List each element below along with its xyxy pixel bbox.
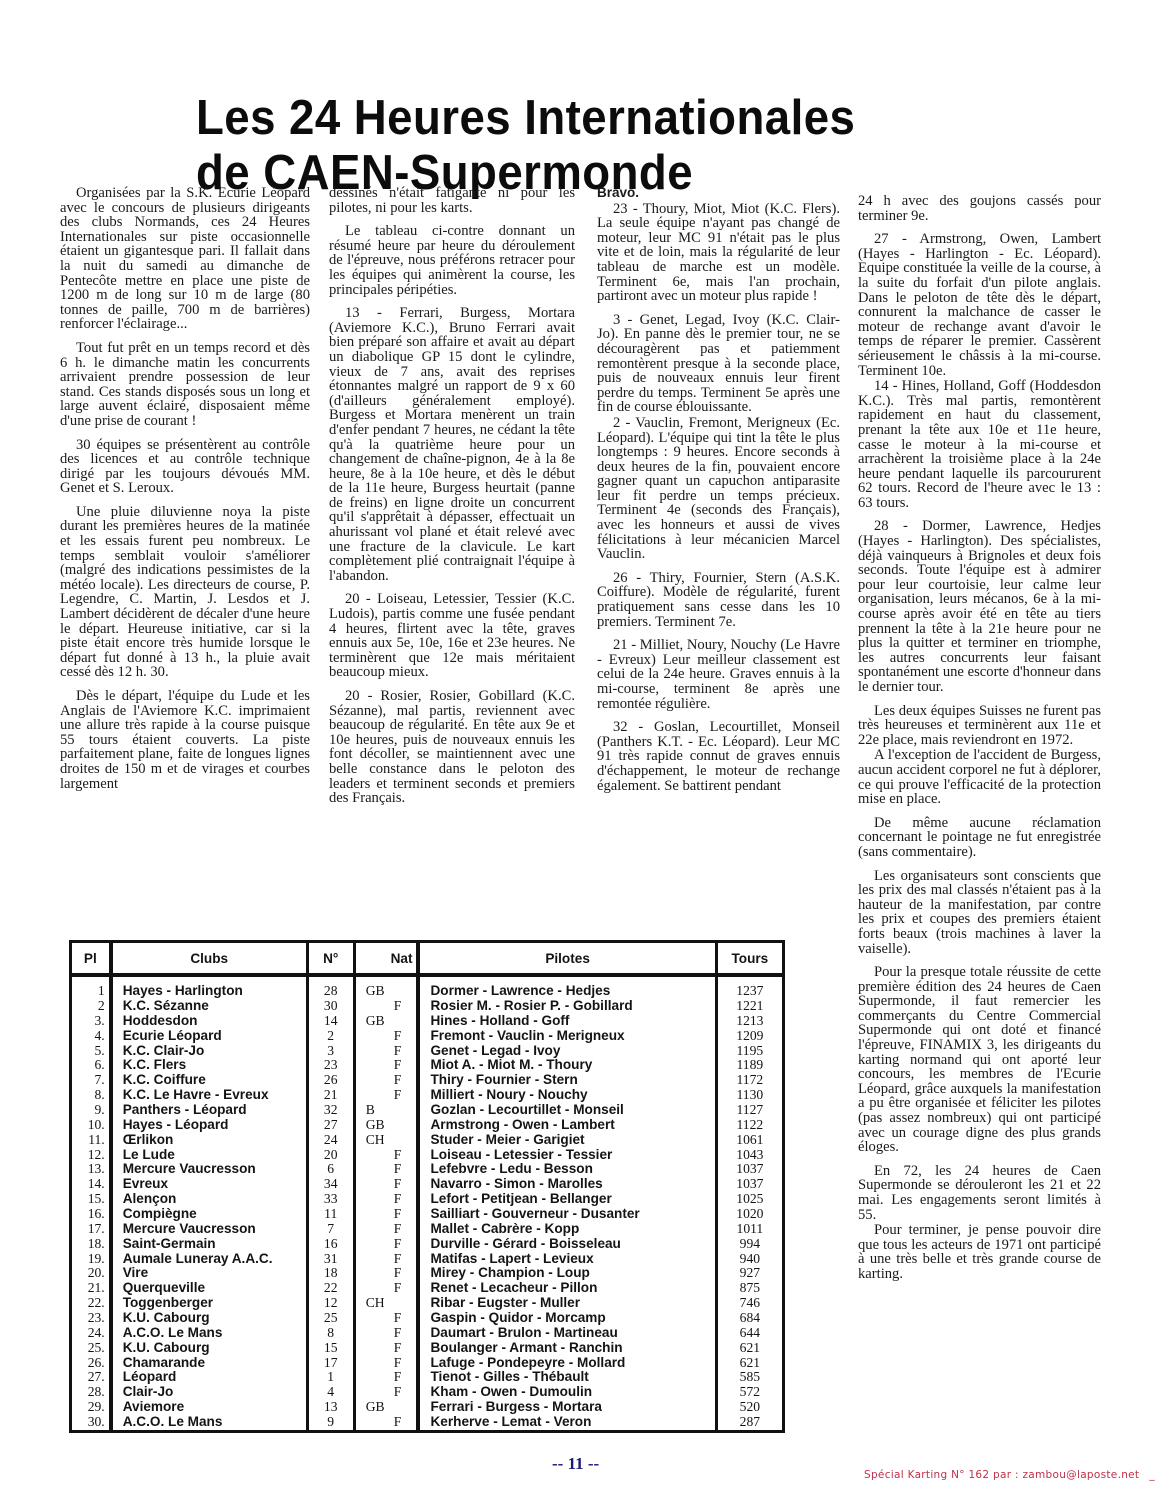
cell-pilotes: Miot A. - Miot M. - Thoury xyxy=(418,1058,716,1073)
table-row: 7.K.C. Coiffure26FThiry - Fournier - Ste… xyxy=(72,1073,782,1088)
table-row: 11.Œrlikon24CHStuder - Meier - Garigiet1… xyxy=(72,1133,782,1148)
table-row: 29.Aviemore13GBFerrari - Burgess - Morta… xyxy=(72,1400,782,1415)
cell-pl: 20. xyxy=(72,1266,111,1281)
cell-tours: 585 xyxy=(716,1370,782,1385)
nationality-code: GB xyxy=(356,1400,385,1415)
cell-nat: B xyxy=(354,1103,418,1118)
cell-nat: GB xyxy=(354,1400,418,1415)
cell-no: 28 xyxy=(307,975,354,999)
cell-pl: 6. xyxy=(72,1058,111,1073)
cell-no: 12 xyxy=(307,1296,354,1311)
cell-pilotes: Navarro - Simon - Marolles xyxy=(418,1177,716,1192)
cell-nat: F xyxy=(354,1385,418,1400)
cell-club: Clair-Jo xyxy=(111,1385,308,1400)
cell-club: Compiègne xyxy=(111,1207,308,1222)
table-row: 15.Alençon33FLefort - Petitjean - Bellan… xyxy=(72,1192,782,1207)
cell-tours: 1130 xyxy=(716,1088,782,1103)
paragraph: 3 - Genet, Legad, Ivoy (K.C. Clair-Jo). … xyxy=(597,313,840,415)
cell-pl: 21. xyxy=(72,1281,111,1296)
cell-pl: 10. xyxy=(72,1118,111,1133)
paragraph: 2 - Vauclin, Fremont, Merigneux (Ec. Léo… xyxy=(597,416,840,562)
cell-tours: 1213 xyxy=(716,1014,782,1029)
nationality-code: F xyxy=(356,1266,402,1281)
cell-tours: 994 xyxy=(716,1237,782,1252)
table-row: 12.Le Lude20FLoiseau - Letessier - Tessi… xyxy=(72,1148,782,1163)
nationality-code: CH xyxy=(356,1133,385,1148)
cell-pilotes: Loiseau - Letessier - Tessier xyxy=(418,1148,716,1163)
nationality-code: F xyxy=(356,1341,402,1356)
paragraph: 27 - Armstrong, Owen, Lambert (Hayes - H… xyxy=(858,232,1101,378)
cell-club: K.C. Clair-Jo xyxy=(111,1044,308,1059)
nationality-code: F xyxy=(356,999,402,1014)
cell-club: Hoddesdon xyxy=(111,1014,308,1029)
cell-nat: F xyxy=(354,1088,418,1103)
cell-no: 6 xyxy=(307,1162,354,1177)
cell-pl: 25. xyxy=(72,1341,111,1356)
cell-tours: 1237 xyxy=(716,975,782,999)
credit-text: Spécial Karting N° 162 par : zambou@lapo… xyxy=(864,1469,1139,1481)
cell-pl: 28. xyxy=(72,1385,111,1400)
header-clubs: Clubs xyxy=(111,943,308,975)
paragraph: De même aucune réclamation concernant le… xyxy=(858,816,1101,860)
cell-pl: 30. xyxy=(72,1415,111,1430)
cell-no: 18 xyxy=(307,1266,354,1281)
cell-nat: F xyxy=(354,1237,418,1252)
paragraph: Le tableau ci-contre donnant un résumé h… xyxy=(329,224,575,297)
footer-credit: Spécial Karting N° 162 par : zambou@lapo… xyxy=(864,1469,1155,1481)
cell-tours: 746 xyxy=(716,1296,782,1311)
cell-club: Le Lude xyxy=(111,1148,308,1163)
paragraph: 26 - Thiry, Fournier, Stern (A.S.K. Coif… xyxy=(597,571,840,629)
cell-pilotes: Thiry - Fournier - Stern xyxy=(418,1073,716,1088)
nationality-code: F xyxy=(356,1044,402,1059)
cell-pilotes: Lafuge - Pondepeyre - Mollard xyxy=(418,1356,716,1371)
cell-no: 21 xyxy=(307,1088,354,1103)
cell-pilotes: Rosier M. - Rosier P. - Gobillard xyxy=(418,999,716,1014)
paragraph: 32 - Goslan, Lecourtillet, Monseil (Pant… xyxy=(597,720,840,793)
cell-club: K.C. Flers xyxy=(111,1058,308,1073)
results-table: Pl Clubs N° Nat Pilotes Tours 1Hayes - H… xyxy=(72,943,782,1430)
cell-tours: 1043 xyxy=(716,1148,782,1163)
cell-pl: 15. xyxy=(72,1192,111,1207)
table-row: 21.Querqueville22FRenet - Lecacheur - Pi… xyxy=(72,1281,782,1296)
cell-no: 26 xyxy=(307,1073,354,1088)
table-row: 5.K.C. Clair-Jo3FGenet - Legad - Ivoy119… xyxy=(72,1044,782,1059)
article-column-1: Organisées par la S.K. Ecurie Léopard av… xyxy=(60,186,310,800)
cell-no: 23 xyxy=(307,1058,354,1073)
nationality-code: F xyxy=(356,1326,402,1341)
cell-club: Œrlikon xyxy=(111,1133,308,1148)
cell-pl: 8. xyxy=(72,1088,111,1103)
nationality-code: F xyxy=(356,1192,402,1207)
cell-nat: F xyxy=(354,1192,418,1207)
cell-pl: 19. xyxy=(72,1252,111,1267)
table-row: 19.Aumale Luneray A.A.C.31FMatifas - Lap… xyxy=(72,1252,782,1267)
results-table-frame: Pl Clubs N° Nat Pilotes Tours 1Hayes - H… xyxy=(69,940,785,1433)
cell-nat: F xyxy=(354,1252,418,1267)
cell-club: K.C. Sézanne xyxy=(111,999,308,1014)
paragraph: 30 équipes se présentèrent au contrôle d… xyxy=(60,438,310,496)
cell-nat: CH xyxy=(354,1296,418,1311)
cell-pl: 29. xyxy=(72,1400,111,1415)
cell-nat: GB xyxy=(354,1014,418,1029)
table-row: 2K.C. Sézanne30FRosier M. - Rosier P. - … xyxy=(72,999,782,1014)
cell-club: Hayes - Léopard xyxy=(111,1118,308,1133)
nationality-code: F xyxy=(356,1073,402,1088)
cell-club: K.U. Cabourg xyxy=(111,1341,308,1356)
cell-no: 17 xyxy=(307,1356,354,1371)
results-table-body: 1Hayes - Harlington28GBDormer - Lawrence… xyxy=(72,975,782,1430)
cell-tours: 1189 xyxy=(716,1058,782,1073)
article-column-2: dessinés n'était fatigante ni pour les p… xyxy=(329,186,575,815)
cell-no: 32 xyxy=(307,1103,354,1118)
nationality-code: F xyxy=(356,1311,402,1326)
cell-nat: F xyxy=(354,1281,418,1296)
table-row: 17.Mercure Vaucresson7FMallet - Cabrère … xyxy=(72,1222,782,1237)
cell-tours: 1037 xyxy=(716,1162,782,1177)
cell-club: Querqueville xyxy=(111,1281,308,1296)
cell-pilotes: Fremont - Vauclin - Merigneux xyxy=(418,1029,716,1044)
cell-tours: 1127 xyxy=(716,1103,782,1118)
cell-no: 13 xyxy=(307,1400,354,1415)
table-row: 16.Compiègne11FSailliart - Gouverneur - … xyxy=(72,1207,782,1222)
cell-pl: 24. xyxy=(72,1326,111,1341)
table-row: 25.K.U. Cabourg15FBoulanger - Armant - R… xyxy=(72,1341,782,1356)
cell-club: Vire xyxy=(111,1266,308,1281)
cell-no: 24 xyxy=(307,1133,354,1148)
cell-nat: GB xyxy=(354,975,418,999)
nationality-code: GB xyxy=(356,1014,385,1029)
cell-nat: F xyxy=(354,999,418,1014)
cell-nat: F xyxy=(354,1029,418,1044)
paragraph: Une pluie diluvienne noya la piste duran… xyxy=(60,505,310,680)
cell-nat: F xyxy=(354,1058,418,1073)
table-row: 22.Toggenberger12CHRibar - Eugster - Mul… xyxy=(72,1296,782,1311)
cell-pl: 16. xyxy=(72,1207,111,1222)
table-row: 3.Hoddesdon14GBHines - Holland - Goff121… xyxy=(72,1014,782,1029)
cell-pl: 1 xyxy=(72,975,111,999)
cell-club: Evreux xyxy=(111,1177,308,1192)
paragraph: dessinés n'était fatigante ni pour les p… xyxy=(329,186,575,215)
cell-tours: 940 xyxy=(716,1252,782,1267)
cell-tours: 1025 xyxy=(716,1192,782,1207)
nationality-code: F xyxy=(356,1207,402,1222)
paragraph: Pour terminer, je pense pouvoir dire que… xyxy=(858,1223,1101,1281)
cell-pilotes: Boulanger - Armant - Ranchin xyxy=(418,1341,716,1356)
table-row: 1Hayes - Harlington28GBDormer - Lawrence… xyxy=(72,975,782,999)
nationality-code: F xyxy=(356,1415,402,1430)
cell-pl: 5. xyxy=(72,1044,111,1059)
cell-no: 7 xyxy=(307,1222,354,1237)
cell-club: Toggenberger xyxy=(111,1296,308,1311)
cell-pilotes: Matifas - Lapert - Levieux xyxy=(418,1252,716,1267)
nationality-code: F xyxy=(356,1177,402,1192)
cell-tours: 1209 xyxy=(716,1029,782,1044)
paragraph: Les organisateurs sont conscients que le… xyxy=(858,869,1101,957)
cell-pl: 14. xyxy=(72,1177,111,1192)
table-row: 6.K.C. Flers23FMiot A. - Miot M. - Thour… xyxy=(72,1058,782,1073)
cell-pilotes: Studer - Meier - Garigiet xyxy=(418,1133,716,1148)
cell-club: Alençon xyxy=(111,1192,308,1207)
cell-tours: 1221 xyxy=(716,999,782,1014)
cell-pilotes: Ferrari - Burgess - Mortara xyxy=(418,1400,716,1415)
nationality-code: F xyxy=(356,1222,402,1237)
cell-pl: 9. xyxy=(72,1103,111,1118)
cell-pilotes: Durville - Gérard - Boisseleau xyxy=(418,1237,716,1252)
paragraph: 20 - Rosier, Rosier, Gobillard (K.C. Séz… xyxy=(329,689,575,806)
table-row: 24.A.C.O. Le Mans8FDaumart - Brulon - Ma… xyxy=(72,1326,782,1341)
table-row: 28.Clair-Jo4FKham - Owen - Dumoulin572 xyxy=(72,1385,782,1400)
cell-pilotes: Gozlan - Lecourtillet - Monseil xyxy=(418,1103,716,1118)
paragraph: Organisées par la S.K. Ecurie Léopard av… xyxy=(60,186,310,332)
cell-club: K.C. Coiffure xyxy=(111,1073,308,1088)
cell-no: 8 xyxy=(307,1326,354,1341)
cell-nat: F xyxy=(354,1073,418,1088)
cell-no: 31 xyxy=(307,1252,354,1267)
cell-club: K.U. Cabourg xyxy=(111,1311,308,1326)
table-row: 9.Panthers - Léopard32BGozlan - Lecourti… xyxy=(72,1103,782,1118)
paragraph: Les deux équipes Suisses ne furent pas t… xyxy=(858,704,1101,748)
nationality-code: F xyxy=(356,1370,402,1385)
paragraph: 24 h avec des goujons cassés pour termin… xyxy=(858,194,1101,223)
cell-nat: F xyxy=(354,1356,418,1371)
paragraph: En 72, les 24 heures de Caen Supermonde … xyxy=(858,1164,1101,1222)
cell-club: Ecurie Léopard xyxy=(111,1029,308,1044)
paragraph: 13 - Ferrari, Burgess, Mortara (Aviemore… xyxy=(329,306,575,583)
paragraph: 23 - Thoury, Miot, Miot (K.C. Flers). La… xyxy=(597,202,840,304)
cell-club: Saint-Germain xyxy=(111,1237,308,1252)
cell-nat: F xyxy=(354,1266,418,1281)
cell-nat: F xyxy=(354,1177,418,1192)
cell-club: K.C. Le Havre - Evreux xyxy=(111,1088,308,1103)
cell-no: 27 xyxy=(307,1118,354,1133)
cell-nat: F xyxy=(354,1162,418,1177)
nationality-code: F xyxy=(356,1385,402,1400)
table-row: 27.Léopard1FTienot - Gilles - Thébault58… xyxy=(72,1370,782,1385)
cell-pilotes: Daumart - Brulon - Martineau xyxy=(418,1326,716,1341)
cell-pilotes: Hines - Holland - Goff xyxy=(418,1014,716,1029)
table-row: 14.Evreux34FNavarro - Simon - Marolles10… xyxy=(72,1177,782,1192)
cell-tours: 684 xyxy=(716,1311,782,1326)
cell-pl: 22. xyxy=(72,1296,111,1311)
cell-club: Panthers - Léopard xyxy=(111,1103,308,1118)
table-row: 26.Chamarande17FLafuge - Pondepeyre - Mo… xyxy=(72,1356,782,1371)
cell-pl: 3. xyxy=(72,1014,111,1029)
table-row: 4.Ecurie Léopard2FFremont - Vauclin - Me… xyxy=(72,1029,782,1044)
table-row: 30.A.C.O. Le Mans9FKerherve - Lemat - Ve… xyxy=(72,1415,782,1430)
cell-no: 34 xyxy=(307,1177,354,1192)
cell-club: Aviemore xyxy=(111,1400,308,1415)
paragraph: Pour la presque totale réussite de cette… xyxy=(858,965,1101,1155)
cell-pl: 27. xyxy=(72,1370,111,1385)
cell-pl: 12. xyxy=(72,1148,111,1163)
cell-club: A.C.O. Le Mans xyxy=(111,1415,308,1430)
table-row: 8.K.C. Le Havre - Evreux21FMilliert - No… xyxy=(72,1088,782,1103)
table-row: 23.K.U. Cabourg25FGaspin - Quidor - Morc… xyxy=(72,1311,782,1326)
paragraph: 28 - Dormer, Lawrence, Hedjes (Hayes - H… xyxy=(858,519,1101,694)
nationality-code: F xyxy=(356,1029,402,1044)
cell-tours: 927 xyxy=(716,1266,782,1281)
cell-nat: F xyxy=(354,1207,418,1222)
cell-tours: 1011 xyxy=(716,1222,782,1237)
cell-nat: F xyxy=(354,1415,418,1430)
cell-tours: 644 xyxy=(716,1326,782,1341)
cell-nat: F xyxy=(354,1326,418,1341)
cell-no: 15 xyxy=(307,1341,354,1356)
cell-pl: 11. xyxy=(72,1133,111,1148)
cell-nat: F xyxy=(354,1311,418,1326)
cell-nat: GB xyxy=(354,1118,418,1133)
paragraph: 14 - Hines, Holland, Goff (Hoddesdon K.C… xyxy=(858,379,1101,510)
nationality-code: CH xyxy=(356,1296,385,1311)
page-number: -- 11 -- xyxy=(552,1454,599,1474)
nationality-code: F xyxy=(356,1088,402,1103)
cell-nat: F xyxy=(354,1341,418,1356)
cell-no: 25 xyxy=(307,1311,354,1326)
cell-pl: 4. xyxy=(72,1029,111,1044)
table-header-row: Pl Clubs N° Nat Pilotes Tours xyxy=(72,943,782,975)
cell-nat: CH xyxy=(354,1133,418,1148)
cell-club: Mercure Vaucresson xyxy=(111,1222,308,1237)
cell-pilotes: Kerherve - Lemat - Veron xyxy=(418,1415,716,1430)
header-pl: Pl xyxy=(72,943,111,975)
cell-no: 4 xyxy=(307,1385,354,1400)
cell-club: A.C.O. Le Mans xyxy=(111,1326,308,1341)
cell-club: Hayes - Harlington xyxy=(111,975,308,999)
cell-no: 1 xyxy=(307,1370,354,1385)
nationality-code: F xyxy=(356,1058,402,1073)
cell-nat: F xyxy=(354,1370,418,1385)
cell-tours: 1172 xyxy=(716,1073,782,1088)
cell-no: 14 xyxy=(307,1014,354,1029)
cell-pl: 18. xyxy=(72,1237,111,1252)
cell-pl: 17. xyxy=(72,1222,111,1237)
cell-tours: 1020 xyxy=(716,1207,782,1222)
cell-nat: F xyxy=(354,1044,418,1059)
nationality-code: F xyxy=(356,1252,402,1267)
cell-no: 20 xyxy=(307,1148,354,1163)
article-column-3: Bravo. 23 - Thoury, Miot, Miot (K.C. Fle… xyxy=(597,186,840,802)
cell-no: 11 xyxy=(307,1207,354,1222)
nationality-code: F xyxy=(356,1162,402,1177)
cell-pl: 26. xyxy=(72,1356,111,1371)
cell-pilotes: Renet - Lecacheur - Pillon xyxy=(418,1281,716,1296)
cell-tours: 520 xyxy=(716,1400,782,1415)
title-line-1: Les 24 Heures Internationales xyxy=(196,91,940,146)
cell-tours: 1195 xyxy=(716,1044,782,1059)
article-column-4: 24 h avec des goujons cassés pour termin… xyxy=(858,194,1101,1291)
cell-pilotes: Milliert - Noury - Nouchy xyxy=(418,1088,716,1103)
cell-tours: 1061 xyxy=(716,1133,782,1148)
cell-pl: 2 xyxy=(72,999,111,1014)
cell-pilotes: Lefebvre - Ledu - Besson xyxy=(418,1162,716,1177)
nationality-code: GB xyxy=(356,984,385,999)
header-nat: Nat xyxy=(354,943,418,975)
cell-pilotes: Mirey - Champion - Loup xyxy=(418,1266,716,1281)
nationality-code: F xyxy=(356,1237,402,1252)
cell-nat: F xyxy=(354,1222,418,1237)
table-row: 10.Hayes - Léopard27GBArmstrong - Owen -… xyxy=(72,1118,782,1133)
cell-no: 22 xyxy=(307,1281,354,1296)
paragraph: Tout fut prêt en un temps record et dès … xyxy=(60,341,310,429)
nationality-code: GB xyxy=(356,1118,385,1133)
cell-tours: 621 xyxy=(716,1356,782,1371)
paragraph: 21 - Milliet, Noury, Nouchy (Le Havre - … xyxy=(597,638,840,711)
cell-nat: F xyxy=(354,1148,418,1163)
header-pilotes: Pilotes xyxy=(418,943,716,975)
cell-club: Léopard xyxy=(111,1370,308,1385)
nationality-code: F xyxy=(356,1356,402,1371)
paragraph: A l'exception de l'accident de Burgess, … xyxy=(858,748,1101,806)
cell-pilotes: Tienot - Gilles - Thébault xyxy=(418,1370,716,1385)
paragraph: Dès le départ, l'équipe du Lude et les A… xyxy=(60,689,310,791)
cell-tours: 287 xyxy=(716,1415,782,1430)
cell-pl: 13. xyxy=(72,1162,111,1177)
cell-pilotes: Mallet - Cabrère - Kopp xyxy=(418,1222,716,1237)
nationality-code: B xyxy=(356,1103,375,1118)
cell-no: 2 xyxy=(307,1029,354,1044)
cell-club: Mercure Vaucresson xyxy=(111,1162,308,1177)
cell-pilotes: Genet - Legad - Ivoy xyxy=(418,1044,716,1059)
cell-pl: 7. xyxy=(72,1073,111,1088)
cell-no: 16 xyxy=(307,1237,354,1252)
cell-tours: 1122 xyxy=(716,1118,782,1133)
cell-tours: 875 xyxy=(716,1281,782,1296)
cell-pl: 23. xyxy=(72,1311,111,1326)
cell-club: Chamarande xyxy=(111,1356,308,1371)
cell-pilotes: Gaspin - Quidor - Morcamp xyxy=(418,1311,716,1326)
table-row: 13.Mercure Vaucresson6FLefebvre - Ledu -… xyxy=(72,1162,782,1177)
cell-tours: 572 xyxy=(716,1385,782,1400)
cell-pilotes: Ribar - Eugster - Muller xyxy=(418,1296,716,1311)
nationality-code: F xyxy=(356,1148,402,1163)
table-row: 18.Saint-Germain16FDurville - Gérard - B… xyxy=(72,1237,782,1252)
cell-pilotes: Dormer - Lawrence - Hedjes xyxy=(418,975,716,999)
cell-pilotes: Lefort - Petitjean - Bellanger xyxy=(418,1192,716,1207)
credit-trail: _ xyxy=(1149,1469,1155,1481)
cell-no: 3 xyxy=(307,1044,354,1059)
table-row: 20.Vire18FMirey - Champion - Loup927 xyxy=(72,1266,782,1281)
header-no: N° xyxy=(307,943,354,975)
header-tours: Tours xyxy=(716,943,782,975)
paragraph: 20 - Loiseau, Letessier, Tessier (K.C. L… xyxy=(329,592,575,680)
cell-no: 33 xyxy=(307,1192,354,1207)
cell-tours: 621 xyxy=(716,1341,782,1356)
cell-club: Aumale Luneray A.A.C. xyxy=(111,1252,308,1267)
cell-no: 9 xyxy=(307,1415,354,1430)
nationality-code: F xyxy=(356,1281,402,1296)
cell-tours: 1037 xyxy=(716,1177,782,1192)
cell-no: 30 xyxy=(307,999,354,1014)
paragraph-bravo: Bravo. xyxy=(597,186,840,201)
cell-pilotes: Sailliart - Gouverneur - Dusanter xyxy=(418,1207,716,1222)
cell-pilotes: Armstrong - Owen - Lambert xyxy=(418,1118,716,1133)
cell-pilotes: Kham - Owen - Dumoulin xyxy=(418,1385,716,1400)
